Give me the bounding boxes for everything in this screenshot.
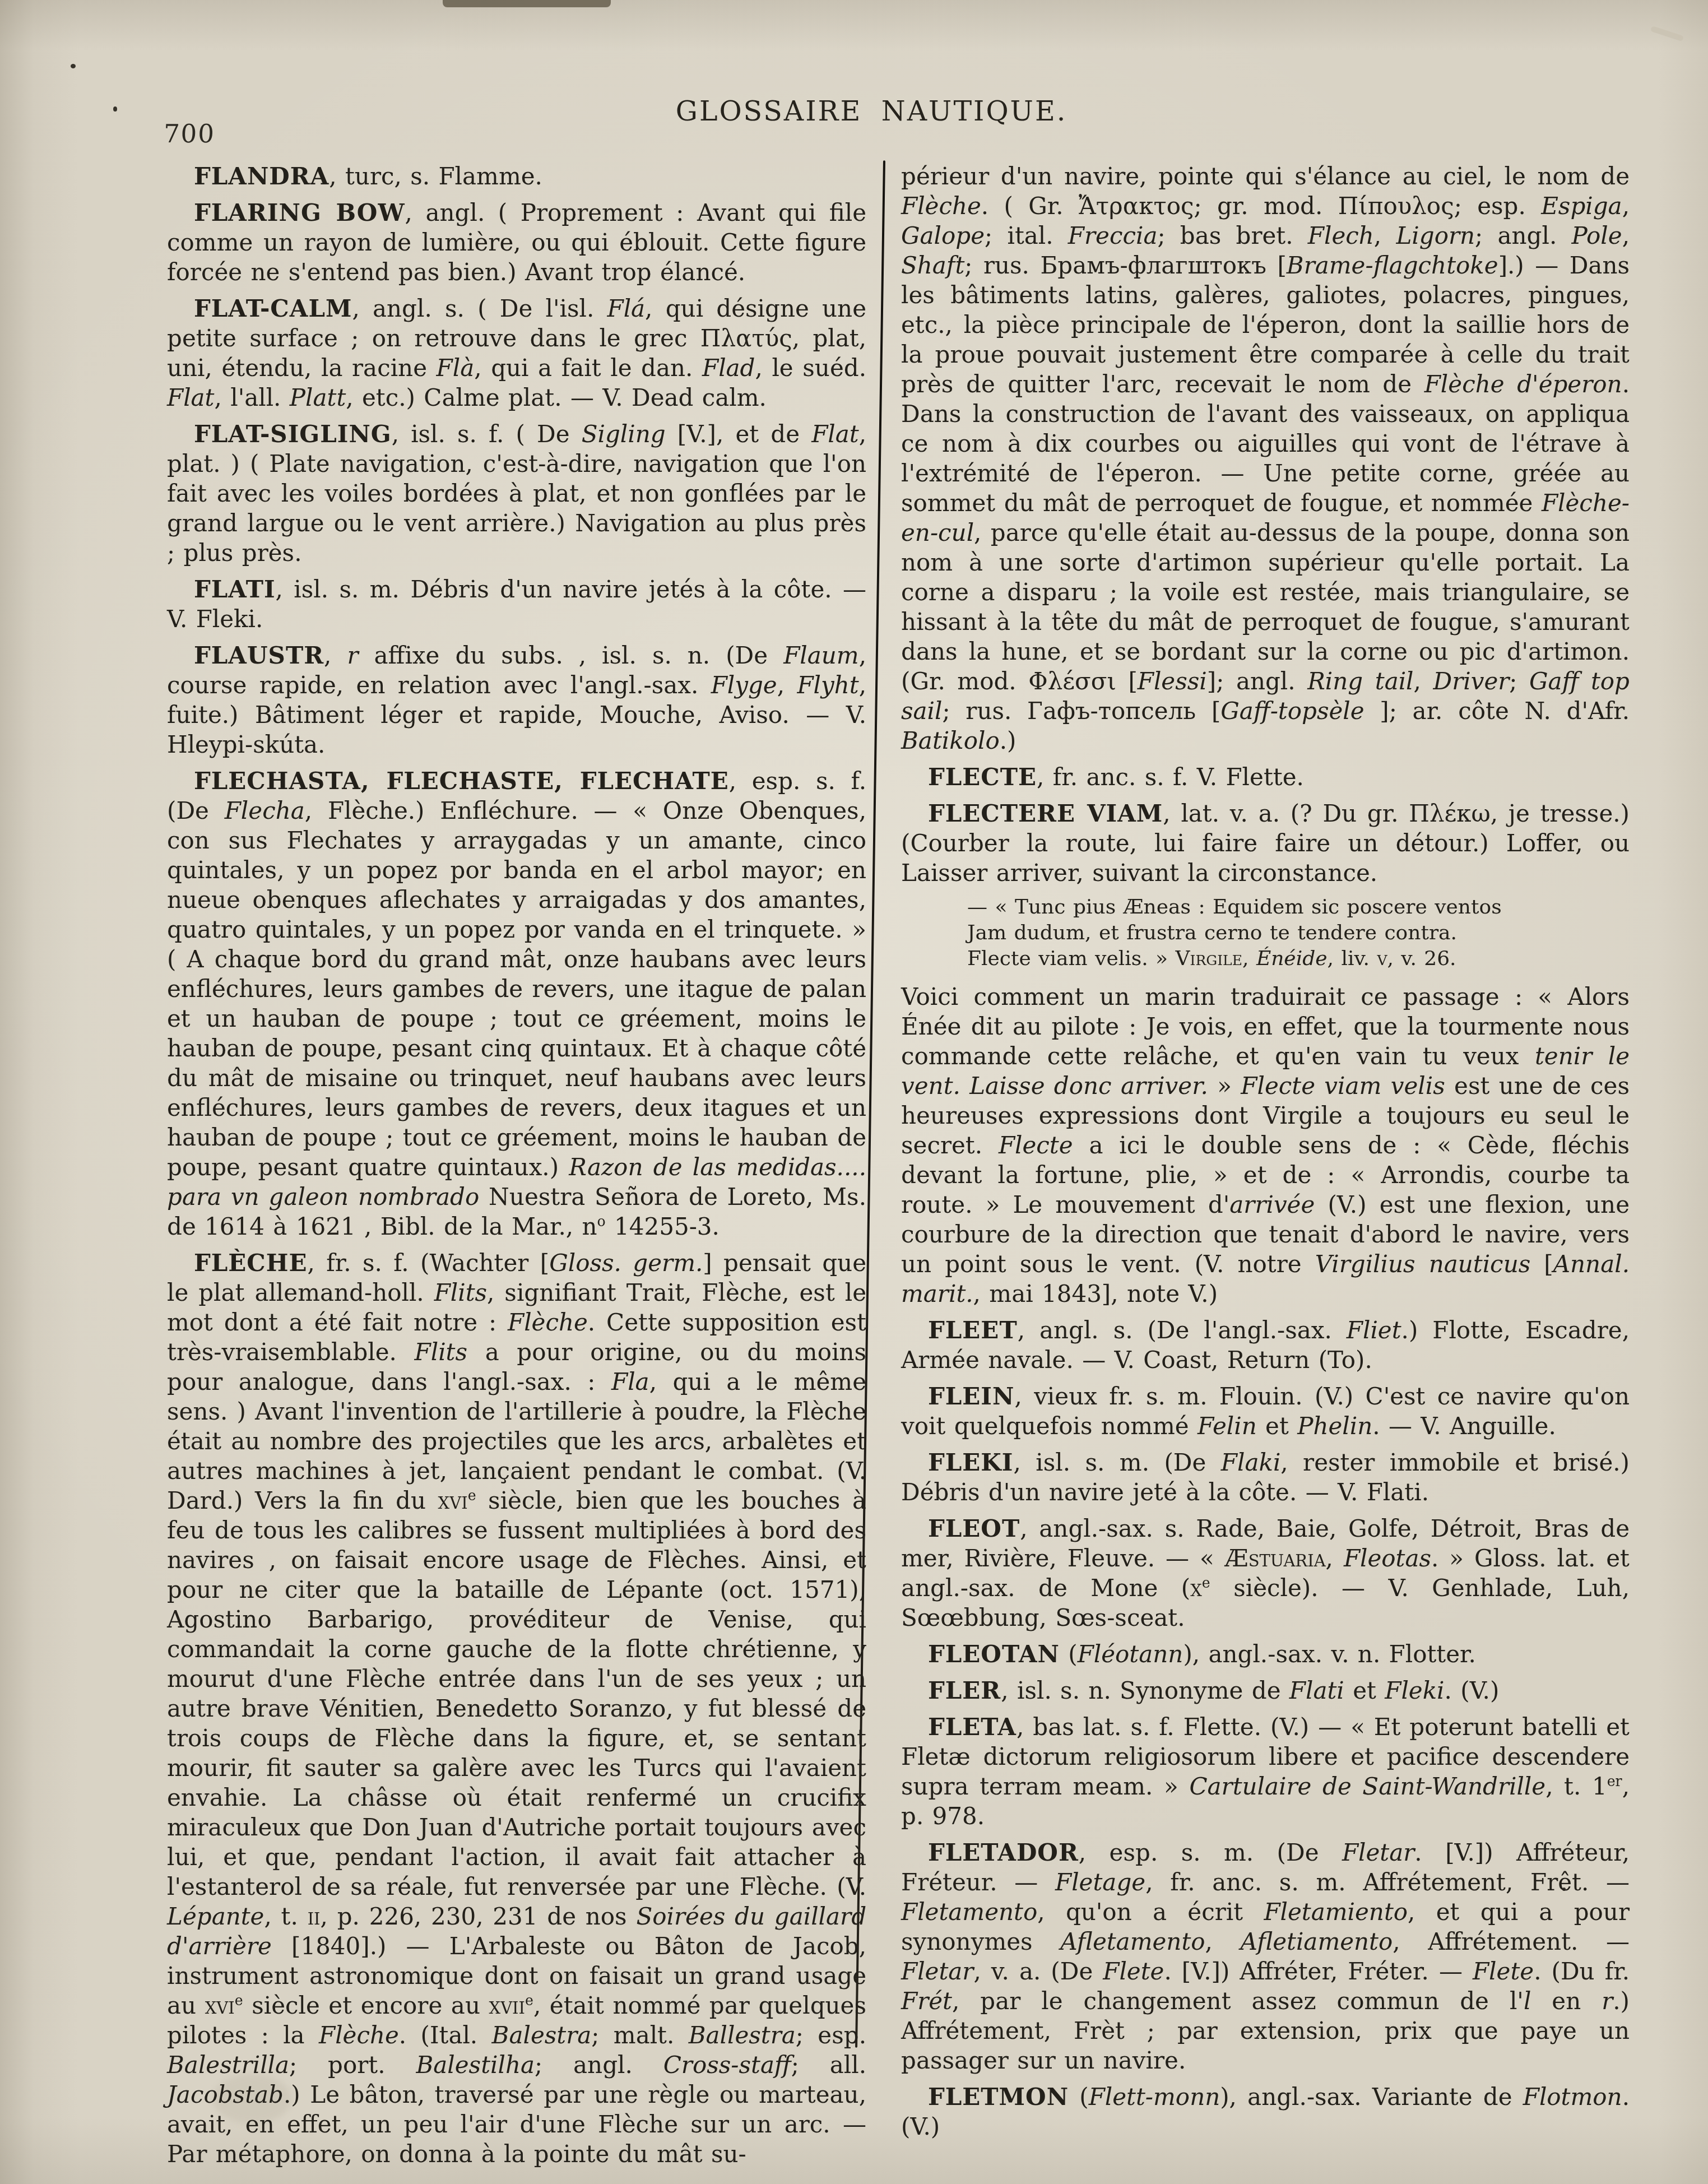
entry-text: Fla — [611, 1368, 649, 1395]
entry-text: Flyht — [797, 671, 858, 699]
entry-headword: FLEKI — [928, 1449, 1014, 1476]
entry-text: ( — [1060, 1640, 1078, 1668]
entry-text: Gloss. germ. — [549, 1249, 703, 1277]
entry-text: Flete — [1103, 1958, 1164, 1985]
entry-text: Flati — [1289, 1677, 1344, 1704]
entry-headword: FLAT-SIGLING — [194, 420, 392, 448]
entry-flein: FLEIN, vieux fr. s. m. Flouin. (V.) C'es… — [901, 1381, 1630, 1441]
entry-text: Shaft — [901, 252, 964, 279]
entry-text: Fletamento — [901, 1898, 1037, 1926]
entry-text: Galope — [901, 222, 985, 249]
entry-text: Flaum — [783, 642, 859, 669]
entry-text: ]; ar. côte N. d'Afr. — [1364, 697, 1630, 725]
entry-text: , angl. s. (De l'angl.-sax. — [1018, 1316, 1347, 1344]
entry-text: Ring tail — [1307, 667, 1413, 695]
entry-text: Driver — [1433, 667, 1509, 695]
entry-text: Fléotann — [1078, 1640, 1183, 1668]
entry-headword: FLARING BOW — [194, 199, 405, 226]
entry-text: , — [1622, 222, 1630, 249]
entry-text: er — [1607, 1773, 1622, 1789]
entry-text: , mai 1843], note V.) — [973, 1280, 1218, 1307]
entry-text: Platt — [290, 384, 346, 411]
entry-text: Fleotas — [1344, 1545, 1431, 1572]
entry-text: e — [468, 1487, 476, 1504]
entry-text: Flaki — [1221, 1449, 1281, 1476]
entry-text: , — [1622, 192, 1630, 220]
entry-text: ; — [1509, 667, 1529, 695]
entry-flechasta: FLECHASTA, FLECHASTE, FLECHATE, esp. s. … — [167, 766, 866, 1241]
entry-text: , par le changement assez commun de l' — [952, 1987, 1524, 2015]
entry-text: , — [777, 671, 797, 699]
entry-text: Frét — [901, 1987, 952, 2015]
entry-text: , Affrétement. — — [1393, 1928, 1630, 1955]
entry-text: e — [525, 1992, 533, 2009]
entry-fletador: FLETADOR, esp. s. m. (De Fletar. [V.]) A… — [901, 1838, 1630, 2075]
entry-text: , qu'on a écrit — [1037, 1898, 1264, 1926]
entry-fler: FLER, isl. s. n. Synonyme de Flati et Fl… — [901, 1676, 1630, 1705]
entry-text: Fletamiento — [1264, 1898, 1408, 1926]
entry-text: Jam dudum, et frustra cerno te tendere c… — [967, 921, 1457, 944]
entry-fleet: FLEET, angl. s. (De l'angl.-sax. Fliet.)… — [901, 1315, 1630, 1375]
entry-text: , — [1374, 222, 1396, 249]
entry-fleot: FLEOT, angl.-sax. s. Rade, Baie, Golfe, … — [901, 1514, 1630, 1633]
entry-text: , v. a. (De — [973, 1958, 1103, 1985]
entry-headword: FLÈCHE — [194, 1249, 308, 1277]
entry-headword: FLANDRA — [194, 163, 329, 190]
entry-text: Afletamento — [1060, 1928, 1205, 1955]
entry-text: Ballestra — [689, 2021, 796, 2049]
entry-text: . (Ital. — [399, 2021, 492, 2049]
entry-text: , — [324, 642, 347, 669]
entry-text: Fletar — [901, 1958, 973, 1985]
entry-text: , etc.) Calme plat. — V. Dead calm. — [346, 384, 767, 411]
verse-line: — « Tunc pius Æneas : Equidem sic poscer… — [967, 894, 1630, 920]
entry-text: v — [1377, 947, 1387, 970]
entry-text: Cartulaire de Saint-Wandrille — [1189, 1773, 1545, 1800]
page-title: GLOSSAIRE NAUTIQUE. — [0, 95, 1708, 127]
entry-headword: FLAT-CALM — [194, 295, 352, 322]
entry-text: Brame-flagchtoke — [1287, 252, 1498, 279]
entry-text: , v. 26. — [1387, 947, 1456, 970]
entry-text: Afletiamento — [1241, 1928, 1393, 1955]
entry-text: , l'all. — [215, 384, 290, 411]
entry-text: , — [1205, 1928, 1241, 1955]
entry-headword: FLEIN — [928, 1383, 1014, 1410]
ink-speck — [71, 64, 76, 68]
entry-text: . (V.) — [1445, 1677, 1500, 1704]
entry-text: Flete — [1473, 1958, 1534, 1985]
entry-text: l — [1524, 1987, 1531, 2015]
entry-fleche-continuation: périeur d'un navire, pointe qui s'élance… — [901, 161, 1630, 755]
entry-text: ), angl.-sax. v. n. Flotter. — [1183, 1640, 1476, 1668]
entry-headword: FLEOT — [928, 1515, 1020, 1542]
entry-text: , t. 1 — [1545, 1773, 1607, 1800]
entry-text: Énéide — [1256, 947, 1328, 970]
entry-text: Flèche — [319, 2021, 399, 2049]
entry-text: Flèche d'éperon — [1424, 370, 1622, 398]
entry-text: Fleki — [1385, 1677, 1444, 1704]
entry-text: xvi — [438, 1487, 468, 1514]
entry-text: Voici comment un marin traduirait ce pas… — [901, 983, 1630, 1070]
verse-line: Flecte viam velis. » Virgile, Énéide, li… — [967, 946, 1630, 972]
entry-text: ), angl.-sax. Variante de — [1220, 2083, 1523, 2111]
entry-text: ; rus. Брамъ-флагштокъ [ — [964, 252, 1286, 279]
entry-flecte: FLECTE, fr. anc. s. f. V. Flette. — [901, 762, 1630, 792]
entry-headword: FLECTE — [928, 763, 1037, 791]
entry-text: ]; angl. — [1207, 667, 1307, 695]
entry-text: Flèche — [508, 1309, 588, 1336]
entry-text: Flèche — [901, 192, 981, 220]
entry-text: , p. 226, 230, 231 de nos — [321, 1903, 637, 1930]
right-column: périeur d'un navire, pointe qui s'élance… — [901, 161, 1630, 2148]
entry-text: et — [1257, 1412, 1297, 1440]
entry-text: Flyge — [711, 671, 777, 699]
entry-headword: FLEOTAN — [928, 1640, 1060, 1668]
entry-text: Flecte viam velis — [1241, 1072, 1445, 1100]
entry-text: , angl. s. ( De l'isl. — [352, 295, 607, 322]
entry-text: Æstuaria — [1225, 1545, 1326, 1572]
entry-text: Jacobstab — [167, 2081, 284, 2108]
entry-text: — « Tunc pius Æneas : Equidem sic poscer… — [967, 896, 1502, 919]
entry-text: ii — [308, 1903, 321, 1930]
entry-text: Flad — [702, 354, 755, 382]
entry-text: ; rus. Гафъ-топсель [ — [942, 697, 1220, 725]
entry-text: , — [1242, 947, 1256, 970]
entry-text: [ — [1530, 1250, 1553, 1278]
entry-text: Flech — [1308, 222, 1374, 249]
entry-headword: FLAUSTR — [194, 642, 324, 669]
entry-text: » — [1208, 1072, 1241, 1100]
entry-text: Virgile — [1176, 947, 1242, 970]
verse-line: Jam dudum, et frustra cerno te tendere c… — [967, 920, 1630, 946]
entry-text: Flecte — [999, 1132, 1073, 1159]
entry-text: e — [1202, 1575, 1210, 1591]
virgil-quote: — « Tunc pius Æneas : Equidem sic poscer… — [967, 894, 1630, 972]
entry-text: .) — [1000, 727, 1017, 754]
entry-text: Balestilha — [416, 2051, 535, 2079]
entry-text: Flat — [167, 384, 215, 411]
entry-text: Flotmon — [1523, 2083, 1622, 2111]
entry-text: ; all. — [791, 2051, 866, 2079]
entry-text: x — [1190, 1574, 1202, 1602]
entry-text: o — [597, 1213, 606, 1230]
entry-text: , liv. — [1328, 947, 1377, 970]
entry-text: Felin — [1198, 1412, 1257, 1440]
entry-fleta: FLETA, bas lat. s. f. Flette. (V.) — « E… — [901, 1712, 1630, 1831]
entry-text: Flits — [434, 1279, 487, 1306]
entry-text: , fr. s. f. (Wachter [ — [308, 1249, 550, 1277]
entry-text: , Flèche.) Enfléchure. — « Onze Obenques… — [167, 797, 866, 1181]
entry-text: . ( Gr. Ἄτρακτος; gr. mod. Πίπουλος; esp… — [981, 192, 1541, 220]
entry-text: , esp. s. m. (De — [1079, 1839, 1342, 1866]
entry-fleki: FLEKI, isl. s. m. (De Flaki, rester immo… — [901, 1448, 1630, 1507]
entry-text: Fletage — [1055, 1868, 1145, 1896]
entry-fletmon: FLETMON (Flett-monn), angl.-sax. Variant… — [901, 2082, 1630, 2141]
entry-text: Fliet — [1347, 1316, 1401, 1344]
entry-flectere-viam-commentary: Voici comment un marin traduirait ce pas… — [901, 982, 1630, 1309]
entry-text: ; ital. — [985, 222, 1068, 249]
entry-text: Freccia — [1068, 222, 1158, 249]
entry-text: r — [347, 642, 358, 669]
entry-text: ( — [1069, 2083, 1089, 2111]
entry-text: Batikolo — [901, 727, 1000, 754]
entry-text: et — [1344, 1677, 1385, 1704]
entry-headword: FLECHASTA, FLECHASTE, FLECHATE — [194, 767, 729, 795]
entry-flat-sigling: FLAT-SIGLING, isl. s. f. ( De Sigling [V… — [167, 419, 866, 568]
entry-text: Flat — [811, 420, 859, 448]
entry-text: Lépante — [167, 1903, 264, 1930]
entry-flaring-bow: FLARING BOW, angl. ( Proprement : Avant … — [167, 198, 866, 287]
entry-flandra: FLANDRA, turc, s. Flamme. — [167, 161, 866, 191]
entry-text: ; bas bret. — [1157, 222, 1307, 249]
entry-headword: FLECTERE VIAM — [928, 800, 1163, 827]
entry-headword: FLEET — [928, 1316, 1018, 1344]
entry-fleotan: FLEOTAN (Fléotann), angl.-sax. v. n. Flo… — [901, 1639, 1630, 1669]
entry-text: Cross-staff — [663, 2051, 791, 2079]
entry-text: , le suéd. — [755, 354, 866, 382]
entry-text: , isl. s. f. ( De — [392, 420, 582, 448]
entry-text: , qui a fait le dan. — [474, 354, 702, 382]
entry-text: Flecte viam velis. » — [967, 947, 1176, 970]
entry-text: xvii — [489, 1992, 526, 2019]
entry-text: . [V.]) Affréter, Fréter. — — [1164, 1958, 1473, 1985]
entry-text: périeur d'un navire, pointe qui s'élance… — [901, 163, 1630, 190]
entry-text: , turc, s. Flamme. — [329, 163, 542, 190]
entry-text: Flecha — [225, 797, 305, 824]
entry-text: r — [1602, 1987, 1613, 2015]
entry-text: Espiga — [1541, 192, 1622, 220]
entry-text: Sigling — [582, 420, 666, 448]
entry-text: ; angl. — [535, 2051, 663, 2079]
scan-edge-smudge — [443, 0, 611, 7]
left-column: FLANDRA, turc, s. Flamme.FLARING BOW, an… — [167, 161, 866, 2176]
entry-text: Flett-monn — [1089, 2083, 1220, 2111]
entry-fleche: FLÈCHE, fr. s. f. (Wachter [Gloss. germ.… — [167, 1248, 866, 2169]
entry-text: Phelin — [1297, 1412, 1372, 1440]
entry-text: e — [235, 1992, 243, 2009]
entry-text: , isl. s. n. Synonyme de — [1001, 1677, 1289, 1704]
entry-text: Balestra — [492, 2021, 592, 2049]
entry-text: affixe du subs. , isl. s. n. (De — [359, 642, 784, 669]
entry-text: , isl. s. m. (De — [1014, 1449, 1221, 1476]
entry-headword: FLATI — [194, 576, 276, 603]
entry-text: Ligorn — [1396, 222, 1475, 249]
entry-headword: FLER — [928, 1677, 1001, 1704]
entry-headword: FLETADOR — [928, 1839, 1079, 1866]
entry-text: ; esp. — [796, 2021, 866, 2049]
entry-flaustr: FLAUSTR, r affixe du subs. , isl. s. n. … — [167, 641, 866, 759]
entry-text: ; angl. — [1475, 222, 1571, 249]
entry-text: siècle, bien que les bouches à feu de to… — [167, 1487, 866, 1900]
entry-text: Flá — [607, 295, 645, 322]
entry-text: [V.], et de — [666, 420, 811, 448]
entry-text: Virgilius nauticus — [1315, 1250, 1531, 1278]
entry-text: 14255-3. — [606, 1213, 720, 1240]
entry-text: siècle et encore au — [243, 1992, 489, 2019]
entry-text: xvi — [205, 1992, 235, 2019]
entry-flat-calm: FLAT-CALM, angl. s. ( De l'isl. Flá, qui… — [167, 294, 866, 412]
entry-text: Fletar — [1342, 1839, 1414, 1866]
entry-text: , fr. anc. s. f. V. Flette. — [1037, 763, 1304, 791]
entry-text: . (Du fr. — [1534, 1958, 1630, 1985]
entry-text: Pole — [1571, 222, 1622, 249]
entry-text: arrivée — [1229, 1191, 1315, 1218]
entry-text: Flessi — [1138, 667, 1207, 695]
entry-headword: FLETA — [928, 1713, 1017, 1741]
entry-flati: FLATI, isl. s. m. Débris d'un navire jet… — [167, 574, 866, 634]
entry-text: , fr. anc. s. m. Affrétement, Frêt. — — [1145, 1868, 1630, 1896]
entry-text: , t. — [264, 1903, 307, 1930]
entry-text: . — V. Anguille. — [1372, 1412, 1556, 1440]
entry-text: ; port. — [289, 2051, 416, 2079]
entry-text: , — [1326, 1545, 1344, 1572]
entry-text: ; malt. — [591, 2021, 688, 2049]
entry-text: en — [1531, 1987, 1602, 2015]
entry-text: Flà — [437, 354, 475, 382]
entry-text: Flits — [415, 1338, 467, 1366]
entry-headword: FLETMON — [928, 2083, 1069, 2111]
entry-flectere-viam: FLECTERE VIAM, lat. v. a. (? Du gr. Πλέκ… — [901, 799, 1630, 888]
entry-text: Balestrilla — [167, 2051, 289, 2079]
entry-text: Gaff-topsèle — [1220, 697, 1364, 725]
entry-text: , — [1414, 667, 1433, 695]
